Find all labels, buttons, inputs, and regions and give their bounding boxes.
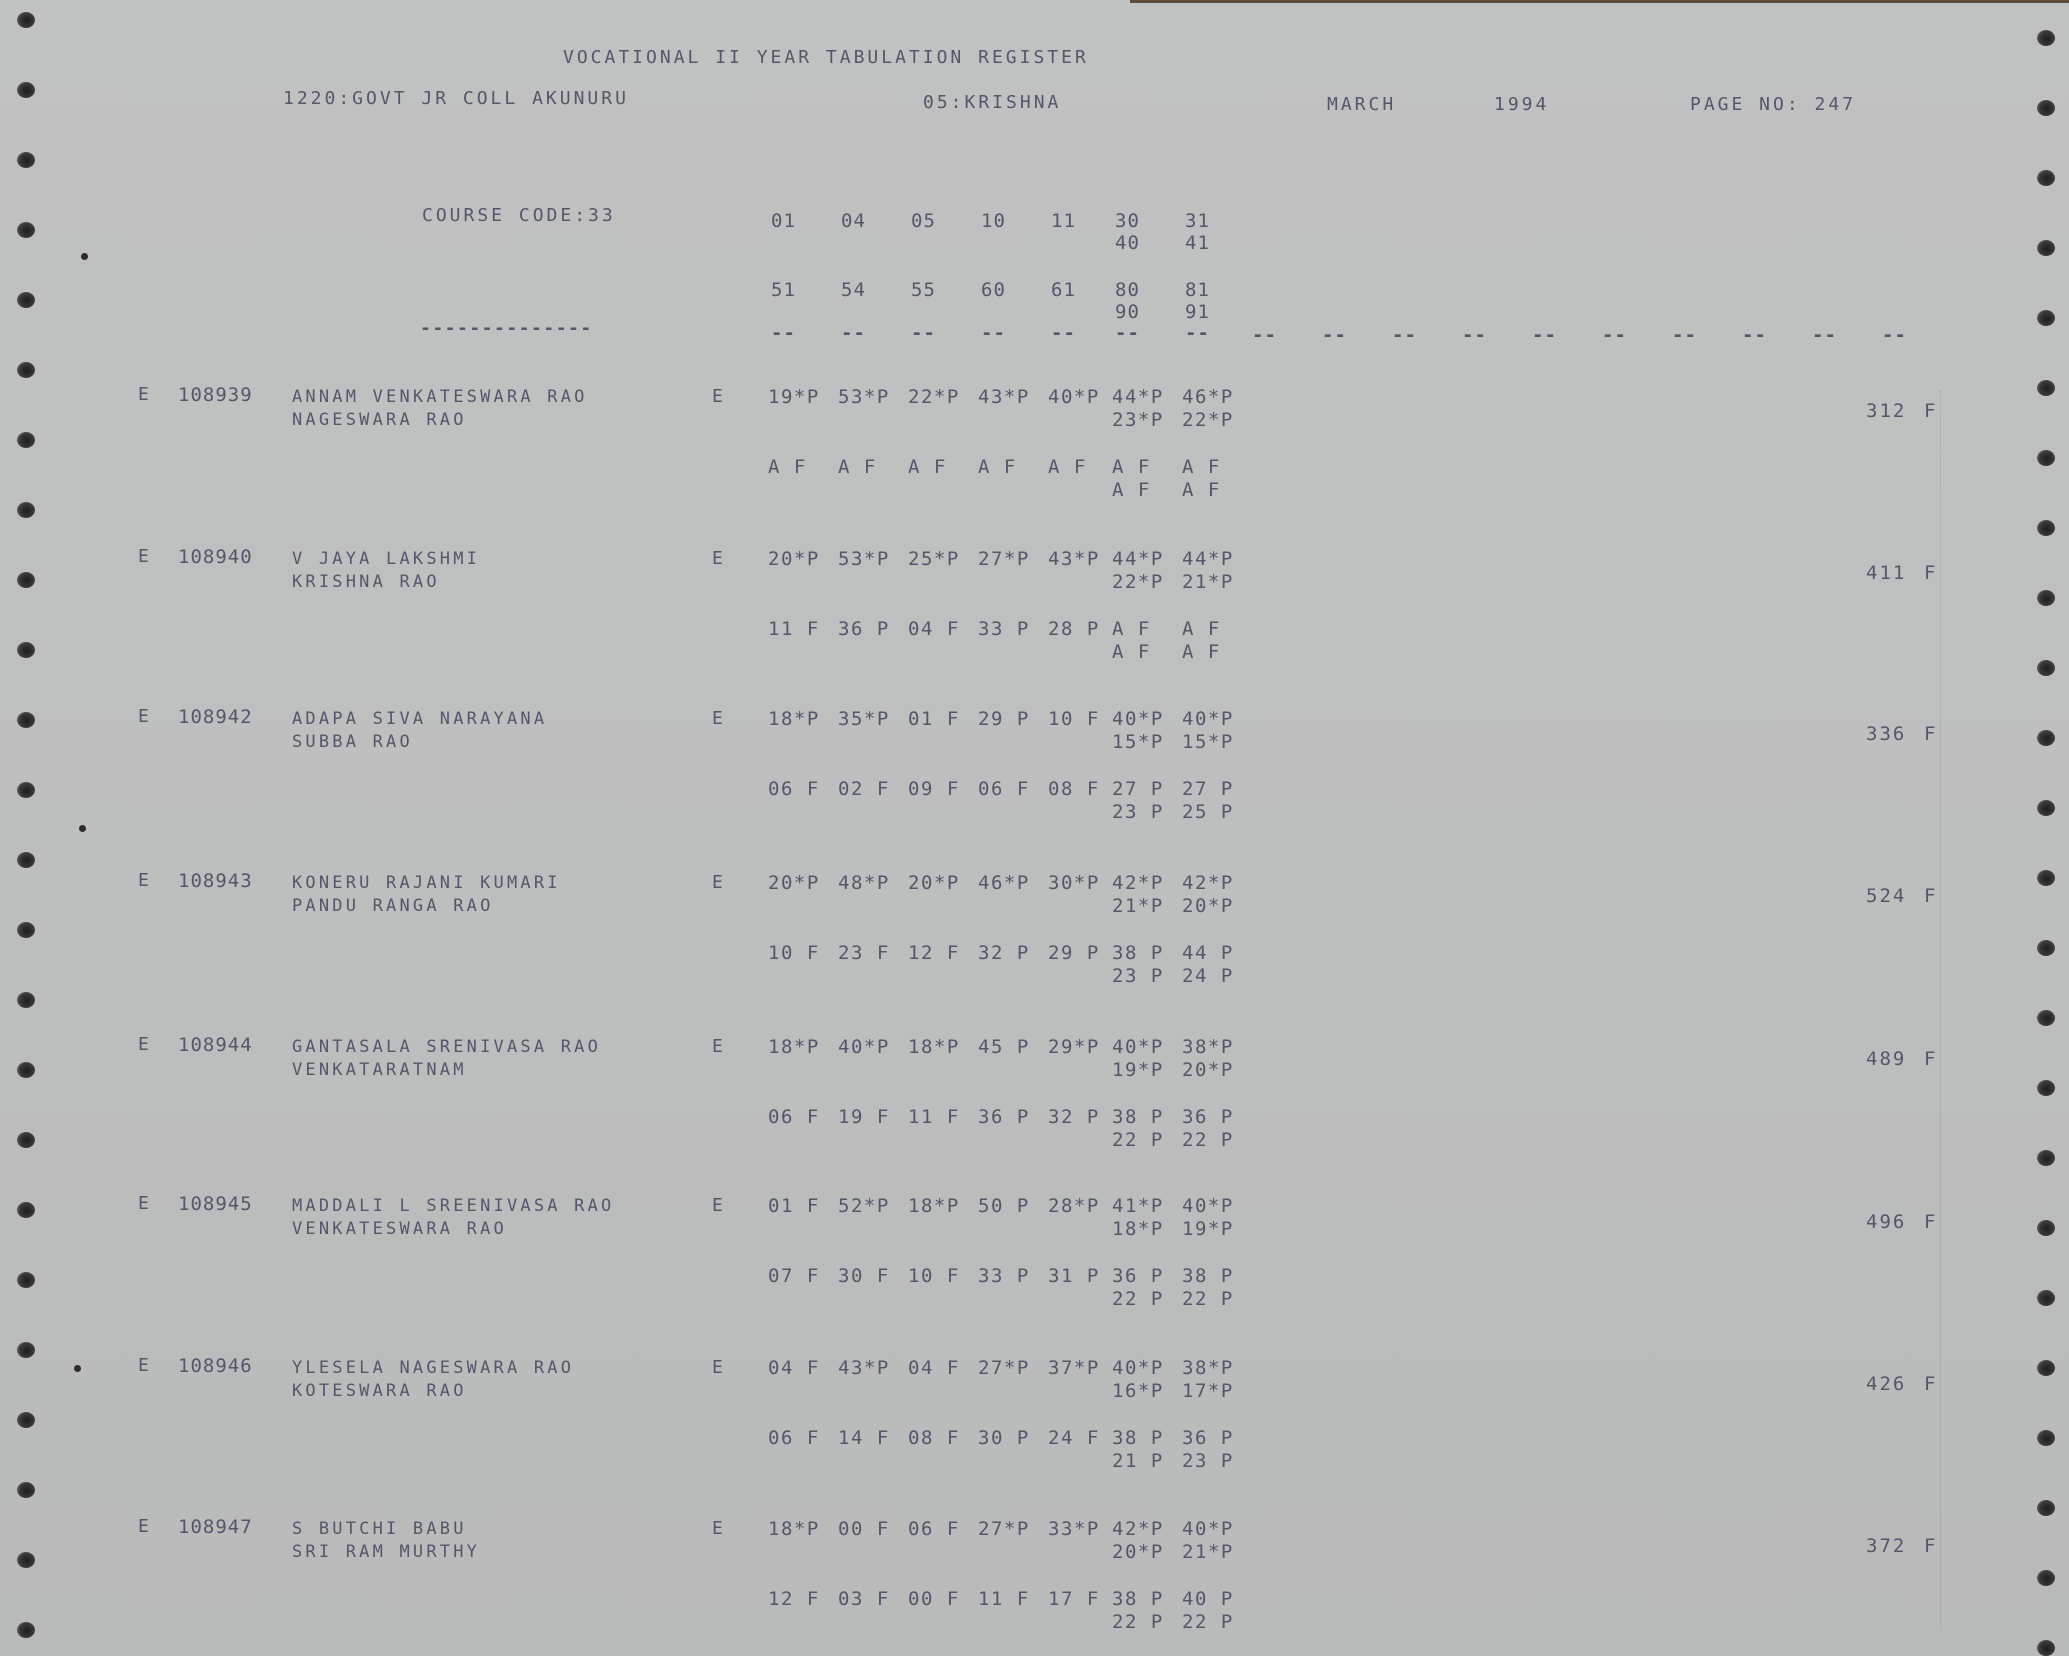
student-name: ADAPA SIVA NARAYANA: [292, 708, 547, 731]
tractor-hole: [17, 12, 35, 28]
tractor-hole: [17, 1482, 35, 1498]
column-separator: --: [1322, 324, 1347, 346]
student-name: V JAYA LAKSHMI: [292, 548, 480, 571]
tractor-hole: [2037, 1220, 2055, 1236]
subject-mark: 44 P: [1182, 942, 1234, 964]
subject-mark: 27*P: [978, 1357, 1030, 1379]
category-flag: E: [138, 546, 149, 567]
category-flag: E: [138, 1355, 149, 1376]
subject-mark: 20*P: [1182, 895, 1234, 917]
exam-month: MARCH: [1327, 94, 1396, 116]
tractor-hole: [2037, 450, 2055, 466]
column-separator: --: [1252, 324, 1277, 346]
subject-mark: A F: [1182, 479, 1221, 501]
category-flag: E: [138, 1516, 149, 1537]
subject-mark: 40*P: [1112, 1036, 1164, 1058]
subject-mark: 17*P: [1182, 1380, 1234, 1402]
subject-code: 81: [1185, 279, 1210, 301]
total-marks: 312: [1866, 400, 1906, 422]
exam-flag: E: [712, 548, 723, 569]
subject-code: 51: [771, 279, 796, 301]
father-name: VENKATARATNAM: [292, 1059, 467, 1082]
tractor-hole: [17, 292, 35, 308]
subject-mark: 28*P: [1048, 1195, 1100, 1217]
subject-mark: 27 P: [1112, 778, 1164, 800]
subject-mark: 22*P: [908, 386, 960, 408]
subject-mark: 09 F: [908, 778, 960, 800]
total-marks: 372: [1866, 1535, 1906, 1557]
column-separator: --: [1462, 324, 1487, 346]
subject-mark: 38 P: [1112, 942, 1164, 964]
subject-mark: 40 P: [1182, 1588, 1234, 1610]
subject-mark: 20*P: [908, 872, 960, 894]
subject-mark: 41*P: [1112, 1195, 1164, 1217]
subject-mark: 11 F: [768, 618, 820, 640]
subject-code: 04: [841, 210, 866, 232]
tractor-hole: [2037, 660, 2055, 676]
subject-mark: 42*P: [1182, 872, 1234, 894]
subject-mark: A F: [1112, 641, 1151, 663]
subject-mark: 38 P: [1112, 1427, 1164, 1449]
subject-mark: 19*P: [1112, 1059, 1164, 1081]
subject-mark: A F: [908, 456, 947, 478]
subject-mark: 40*P: [1182, 1518, 1234, 1540]
tractor-hole: [2037, 1640, 2055, 1656]
result-status: F: [1924, 400, 1937, 422]
subject-mark: 33 P: [978, 1265, 1030, 1287]
tractor-hole: [2037, 1150, 2055, 1166]
subject-mark: 29 P: [978, 708, 1030, 730]
tractor-hole: [2037, 1010, 2055, 1026]
subject-mark: 52*P: [838, 1195, 890, 1217]
exam-year: 1994: [1494, 94, 1549, 116]
subject-mark: 07 F: [768, 1265, 820, 1287]
exam-flag: E: [712, 1518, 723, 1539]
column-separator: --: [1672, 324, 1697, 346]
father-name: NAGESWARA RAO: [292, 409, 467, 432]
tractor-hole: [2037, 170, 2055, 186]
subject-mark: 06 F: [768, 1427, 820, 1449]
subject-code: 01: [771, 210, 796, 232]
subject-mark: 40*P: [1182, 1195, 1234, 1217]
column-separator: --: [1185, 322, 1210, 344]
subject-mark: 43*P: [1048, 548, 1100, 570]
subject-mark: 17 F: [1048, 1588, 1100, 1610]
result-status: F: [1924, 1535, 1937, 1557]
father-name: SRI RAM MURTHY: [292, 1541, 480, 1564]
hall-ticket-number: 108940: [178, 546, 253, 568]
hall-ticket-number: 108939: [178, 384, 253, 406]
subject-mark: 24 P: [1182, 965, 1234, 987]
subject-mark: 22 P: [1112, 1129, 1164, 1151]
tractor-hole: [2037, 1500, 2055, 1516]
subject-mark: 21*P: [1182, 571, 1234, 593]
subject-mark: 40*P: [1182, 708, 1234, 730]
subject-mark: A F: [1182, 641, 1221, 663]
exam-flag: E: [712, 1036, 723, 1057]
fold-perforation: [1940, 390, 1942, 1630]
subject-mark: 46*P: [1182, 386, 1234, 408]
subject-mark: A F: [1112, 456, 1151, 478]
hall-ticket-number: 108943: [178, 870, 253, 892]
tractor-hole: [2037, 1080, 2055, 1096]
tractor-hole: [2037, 870, 2055, 886]
tractor-hole: [17, 922, 35, 938]
total-marks: 496: [1866, 1211, 1906, 1233]
college-name: 1220:GOVT JR COLL AKUNURU: [283, 88, 629, 110]
tractor-hole: [2037, 310, 2055, 326]
subject-mark: 18*P: [908, 1195, 960, 1217]
subject-code: 41: [1185, 232, 1210, 254]
tractor-hole: [17, 1342, 35, 1358]
hall-ticket-number: 108942: [178, 706, 253, 728]
subject-code: 30: [1115, 210, 1140, 232]
tractor-hole: [17, 1062, 35, 1078]
total-marks: 426: [1866, 1373, 1906, 1395]
tractor-hole: [17, 1412, 35, 1428]
tractor-hole: [17, 362, 35, 378]
column-separator: --: [1051, 322, 1076, 344]
father-name: KRISHNA RAO: [292, 571, 440, 594]
hall-ticket-number: 108947: [178, 1516, 253, 1538]
subject-mark: 18*P: [1112, 1218, 1164, 1240]
subject-code: 54: [841, 279, 866, 301]
subject-code: 61: [1051, 279, 1076, 301]
subject-mark: 11 F: [908, 1106, 960, 1128]
subject-mark: 30 F: [838, 1265, 890, 1287]
subject-code: 40: [1115, 232, 1140, 254]
subject-mark: 19*P: [1182, 1218, 1234, 1240]
subject-mark: 31 P: [1048, 1265, 1100, 1287]
subject-mark: 19 F: [838, 1106, 890, 1128]
tractor-hole: [2037, 380, 2055, 396]
subject-mark: 24 F: [1048, 1427, 1100, 1449]
result-status: F: [1924, 562, 1937, 584]
subject-mark: 33 P: [978, 618, 1030, 640]
subject-mark: 25 P: [1182, 801, 1234, 823]
subject-mark: 40*P: [838, 1036, 890, 1058]
tractor-hole: [17, 432, 35, 448]
student-name: GANTASALA SRENIVASA RAO: [292, 1036, 601, 1059]
subject-mark: 22 P: [1182, 1611, 1234, 1633]
subject-mark: A F: [838, 456, 877, 478]
exam-flag: E: [712, 872, 723, 893]
subject-mark: 36 P: [978, 1106, 1030, 1128]
subject-mark: A F: [768, 456, 807, 478]
course-code: COURSE CODE:33: [422, 205, 616, 227]
tractor-hole: [17, 1132, 35, 1148]
subject-mark: 40*P: [1112, 1357, 1164, 1379]
subject-mark: 04 F: [908, 618, 960, 640]
tractor-hole: [2037, 590, 2055, 606]
tractor-hole: [2037, 100, 2055, 116]
column-separator: --: [1532, 324, 1557, 346]
column-separator: --: [1742, 324, 1767, 346]
subject-mark: 06 F: [768, 1106, 820, 1128]
tractor-hole: [2037, 940, 2055, 956]
subject-mark: 06 F: [768, 778, 820, 800]
subject-mark: 18*P: [768, 708, 820, 730]
subject-mark: 01 F: [908, 708, 960, 730]
subject-mark: 12 F: [768, 1588, 820, 1610]
father-name: VENKATESWARA RAO: [292, 1218, 507, 1241]
subject-mark: 28 P: [1048, 618, 1100, 640]
subject-mark: A F: [1048, 456, 1087, 478]
total-marks: 336: [1866, 723, 1906, 745]
tractor-hole: [17, 992, 35, 1008]
subject-code: 91: [1185, 301, 1210, 323]
subject-mark: 18*P: [768, 1036, 820, 1058]
student-name: YLESELA NAGESWARA RAO: [292, 1357, 574, 1380]
total-marks: 524: [1866, 885, 1906, 907]
subject-mark: 23 P: [1182, 1450, 1234, 1472]
subject-mark: 36 P: [1112, 1265, 1164, 1287]
tractor-hole: [2037, 240, 2055, 256]
total-marks: 489: [1866, 1048, 1906, 1070]
subject-mark: 38 P: [1112, 1106, 1164, 1128]
subject-mark: 48*P: [838, 872, 890, 894]
subject-mark: 08 F: [908, 1427, 960, 1449]
column-separator: --: [911, 322, 936, 344]
exam-flag: E: [712, 1195, 723, 1216]
subject-mark: 44*P: [1182, 548, 1234, 570]
subject-mark: 38*P: [1182, 1357, 1234, 1379]
category-flag: E: [138, 384, 149, 405]
subject-mark: 44*P: [1112, 386, 1164, 408]
student-name: KONERU RAJANI KUMARI: [292, 872, 561, 895]
result-status: F: [1924, 723, 1937, 745]
tractor-hole: [17, 502, 35, 518]
subject-mark: 43*P: [978, 386, 1030, 408]
subject-mark: 29 P: [1048, 942, 1100, 964]
category-flag: E: [138, 1193, 149, 1214]
column-separator: --: [981, 322, 1006, 344]
subject-mark: 10 F: [768, 942, 820, 964]
subject-mark: 36 P: [838, 618, 890, 640]
exam-flag: E: [712, 1357, 723, 1378]
subject-mark: 11 F: [978, 1588, 1030, 1610]
exam-flag: E: [712, 708, 723, 729]
subject-mark: 20*P: [1112, 1541, 1164, 1563]
subject-mark: 23 P: [1112, 801, 1164, 823]
subject-mark: 36 P: [1182, 1427, 1234, 1449]
subject-mark: 46*P: [978, 872, 1030, 894]
subject-mark: 38 P: [1112, 1588, 1164, 1610]
tractor-hole: [17, 572, 35, 588]
subject-mark: 21 P: [1112, 1450, 1164, 1472]
tractor-hole: [17, 852, 35, 868]
subject-mark: 43*P: [838, 1357, 890, 1379]
subject-mark: 44*P: [1112, 548, 1164, 570]
subject-mark: 14 F: [838, 1427, 890, 1449]
column-separator: --: [1812, 324, 1837, 346]
subject-mark: 12 F: [908, 942, 960, 964]
subject-mark: 15*P: [1182, 731, 1234, 753]
student-name: ANNAM VENKATESWARA RAO: [292, 386, 588, 409]
subject-mark: 40*P: [1048, 386, 1100, 408]
subject-mark: 37*P: [1048, 1357, 1100, 1379]
tractor-hole: [17, 1202, 35, 1218]
subject-mark: 22*P: [1112, 571, 1164, 593]
subject-code: 10: [981, 210, 1006, 232]
column-separator: --: [841, 322, 866, 344]
hall-ticket-number: 108945: [178, 1193, 253, 1215]
hall-ticket-number: 108944: [178, 1034, 253, 1056]
tractor-hole: [2037, 1430, 2055, 1446]
subject-mark: 29*P: [1048, 1036, 1100, 1058]
subject-mark: 21*P: [1112, 895, 1164, 917]
subject-mark: 20*P: [768, 872, 820, 894]
subject-mark: 22*P: [1182, 409, 1234, 431]
tractor-hole: [2037, 520, 2055, 536]
subject-mark: 33*P: [1048, 1518, 1100, 1540]
subject-mark: 27 P: [1182, 778, 1234, 800]
district-name: 05:KRISHNA: [923, 92, 1061, 114]
father-name: KOTESWARA RAO: [292, 1380, 467, 1403]
subject-mark: 19*P: [768, 386, 820, 408]
exam-flag: E: [712, 386, 723, 407]
subject-mark: 04 F: [768, 1357, 820, 1379]
subject-code: 60: [981, 279, 1006, 301]
tractor-hole: [2037, 1570, 2055, 1586]
subject-mark: 18*P: [768, 1518, 820, 1540]
separator-line: --------------: [420, 318, 593, 340]
tractor-hole: [2037, 730, 2055, 746]
tractor-hole: [17, 82, 35, 98]
subject-mark: 35*P: [838, 708, 890, 730]
subject-mark: A F: [1112, 618, 1151, 640]
subject-mark: 32 P: [1048, 1106, 1100, 1128]
subject-mark: 06 F: [908, 1518, 960, 1540]
subject-mark: 20*P: [1182, 1059, 1234, 1081]
total-marks: 411: [1866, 562, 1906, 584]
tractor-hole: [2037, 1290, 2055, 1306]
subject-mark: 15*P: [1112, 731, 1164, 753]
subject-mark: 23 F: [838, 942, 890, 964]
result-status: F: [1924, 1211, 1937, 1233]
paper-top-edge: [1130, 0, 2069, 3]
subject-mark: 27*P: [978, 1518, 1030, 1540]
tractor-hole: [2037, 1360, 2055, 1376]
page-number: PAGE NO: 247: [1690, 94, 1856, 116]
subject-mark: 25*P: [908, 548, 960, 570]
subject-mark: A F: [1182, 618, 1221, 640]
subject-mark: 30*P: [1048, 872, 1100, 894]
subject-code: 31: [1185, 210, 1210, 232]
tractor-hole: [17, 152, 35, 168]
subject-mark: 04 F: [908, 1357, 960, 1379]
paper-speck: [74, 1365, 81, 1372]
column-separator: --: [771, 322, 796, 344]
father-name: SUBBA RAO: [292, 731, 413, 754]
subject-mark: 21*P: [1182, 1541, 1234, 1563]
subject-mark: 42*P: [1112, 1518, 1164, 1540]
tabulation-sheet: VOCATIONAL II YEAR TABULATION REGISTER 1…: [0, 0, 2069, 1656]
subject-code: 05: [911, 210, 936, 232]
subject-mark: 02 F: [838, 778, 890, 800]
subject-mark: 53*P: [838, 548, 890, 570]
category-flag: E: [138, 870, 149, 891]
tractor-hole: [17, 1272, 35, 1288]
subject-mark: 22 P: [1182, 1288, 1234, 1310]
subject-mark: 30 P: [978, 1427, 1030, 1449]
subject-mark: 08 F: [1048, 778, 1100, 800]
column-separator: --: [1602, 324, 1627, 346]
tractor-hole: [17, 782, 35, 798]
subject-mark: 40*P: [1112, 708, 1164, 730]
subject-code: 80: [1115, 279, 1140, 301]
subject-mark: 32 P: [978, 942, 1030, 964]
subject-mark: 10 F: [1048, 708, 1100, 730]
subject-mark: 27*P: [978, 548, 1030, 570]
tractor-hole: [17, 222, 35, 238]
subject-mark: A F: [978, 456, 1017, 478]
column-separator: --: [1392, 324, 1417, 346]
hall-ticket-number: 108946: [178, 1355, 253, 1377]
subject-mark: 45 P: [978, 1036, 1030, 1058]
result-status: F: [1924, 885, 1937, 907]
subject-mark: 42*P: [1112, 872, 1164, 894]
column-separator: --: [1882, 324, 1907, 346]
tractor-hole: [17, 712, 35, 728]
subject-mark: 23 P: [1112, 965, 1164, 987]
tractor-hole: [2037, 800, 2055, 816]
paper-speck: [79, 825, 86, 832]
subject-code: 55: [911, 279, 936, 301]
subject-mark: 16*P: [1112, 1380, 1164, 1402]
subject-mark: 06 F: [978, 778, 1030, 800]
subject-mark: 00 F: [908, 1588, 960, 1610]
subject-mark: 10 F: [908, 1265, 960, 1287]
subject-mark: A F: [1112, 479, 1151, 501]
column-separator: --: [1115, 322, 1140, 344]
subject-mark: 22 P: [1112, 1288, 1164, 1310]
subject-mark: A F: [1182, 456, 1221, 478]
category-flag: E: [138, 706, 149, 727]
register-title: VOCATIONAL II YEAR TABULATION REGISTER: [563, 47, 1089, 69]
subject-mark: 22 P: [1182, 1129, 1234, 1151]
tractor-hole: [17, 1552, 35, 1568]
subject-mark: 36 P: [1182, 1106, 1234, 1128]
subject-code: 11: [1051, 210, 1076, 232]
subject-mark: 22 P: [1112, 1611, 1164, 1633]
result-status: F: [1924, 1373, 1937, 1395]
category-flag: E: [138, 1034, 149, 1055]
subject-mark: 53*P: [838, 386, 890, 408]
subject-mark: 23*P: [1112, 409, 1164, 431]
result-status: F: [1924, 1048, 1937, 1070]
student-name: S BUTCHI BABU: [292, 1518, 467, 1541]
subject-mark: 50 P: [978, 1195, 1030, 1217]
subject-mark: 03 F: [838, 1588, 890, 1610]
subject-mark: 20*P: [768, 548, 820, 570]
subject-mark: 38*P: [1182, 1036, 1234, 1058]
subject-code: 90: [1115, 301, 1140, 323]
student-name: MADDALI L SREENIVASA RAO: [292, 1195, 614, 1218]
tractor-hole: [17, 1622, 35, 1638]
tractor-hole: [2037, 30, 2055, 46]
paper-speck: [81, 253, 88, 260]
tractor-hole: [17, 642, 35, 658]
subject-mark: 18*P: [908, 1036, 960, 1058]
subject-mark: 00 F: [838, 1518, 890, 1540]
subject-mark: 01 F: [768, 1195, 820, 1217]
father-name: PANDU RANGA RAO: [292, 895, 494, 918]
subject-mark: 38 P: [1182, 1265, 1234, 1287]
